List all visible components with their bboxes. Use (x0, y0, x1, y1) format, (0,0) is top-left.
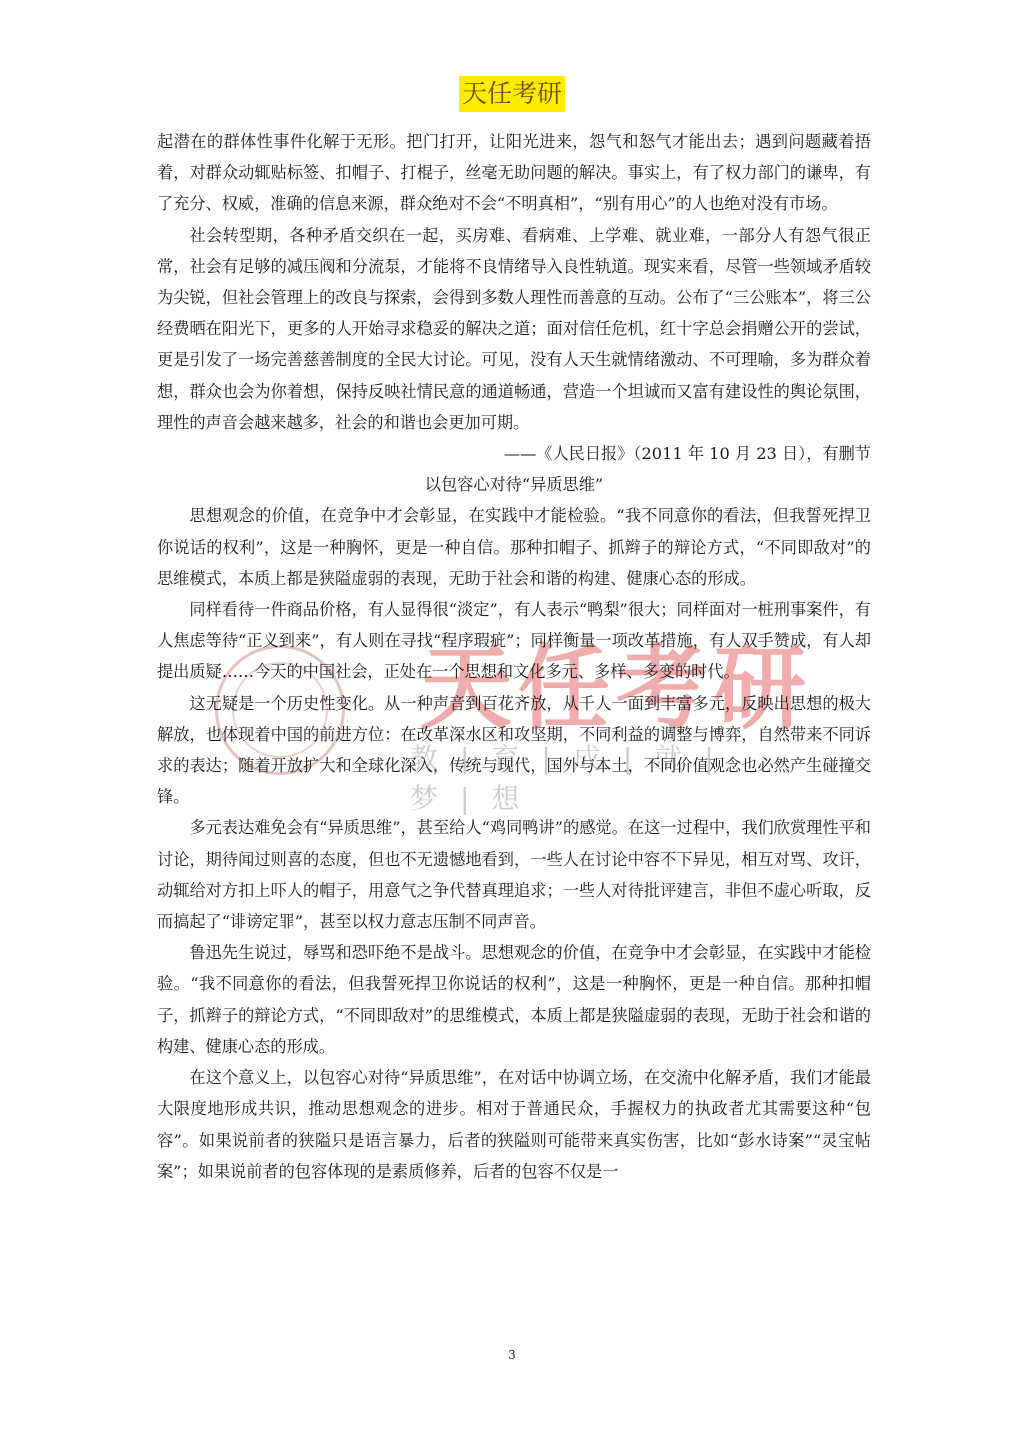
document-body: 起潜在的群体性事件化解于无形。把门打开，让阳光进来，怨气和怒气才能出去；遇到问题… (157, 126, 871, 1187)
article-title: 以包容心对待“异质思维” (157, 469, 871, 500)
paragraph-6: 多元表达难免会有“异质思维”，甚至给人“鸡同鸭讲”的感觉。在这一过程中，我们欣赏… (157, 812, 871, 937)
paragraph-2: 社会转型期，各种矛盾交织在一起，买房难、看病难、上学难、就业难，一部分人有怨气很… (157, 220, 871, 438)
paragraph-8: 在这个意义上，以包容心对待“异质思维”，在对话中协调立场，在交流中化解矛盾，我们… (157, 1062, 871, 1187)
page-header: 天任考研 (0, 76, 1024, 112)
page-number: 3 (0, 1348, 1024, 1362)
paragraph-5: 这无疑是一个历史性变化。从一种声音到百花齐放，从千人一面到丰富多元，反映出思想的… (157, 688, 871, 813)
paragraph-3: 思想观念的价值，在竞争中才会彰显，在实践中才能检验。“我不同意你的看法，但我誓死… (157, 500, 871, 594)
paragraph-1: 起潜在的群体性事件化解于无形。把门打开，让阳光进来，怨气和怒气才能出去；遇到问题… (157, 126, 871, 220)
paragraph-7: 鲁迅先生说过，辱骂和恐吓绝不是战斗。思想观念的价值，在竞争中才会彰显，在实践中才… (157, 937, 871, 1062)
paragraph-4: 同样看待一件商品价格，有人显得很“淡定”，有人表示“鸭梨”很大；同样面对一桩刑事… (157, 594, 871, 688)
source-citation: ——《人民日报》（2011 年 10 月 23 日），有删节 (157, 438, 871, 469)
header-title: 天任考研 (459, 76, 565, 112)
